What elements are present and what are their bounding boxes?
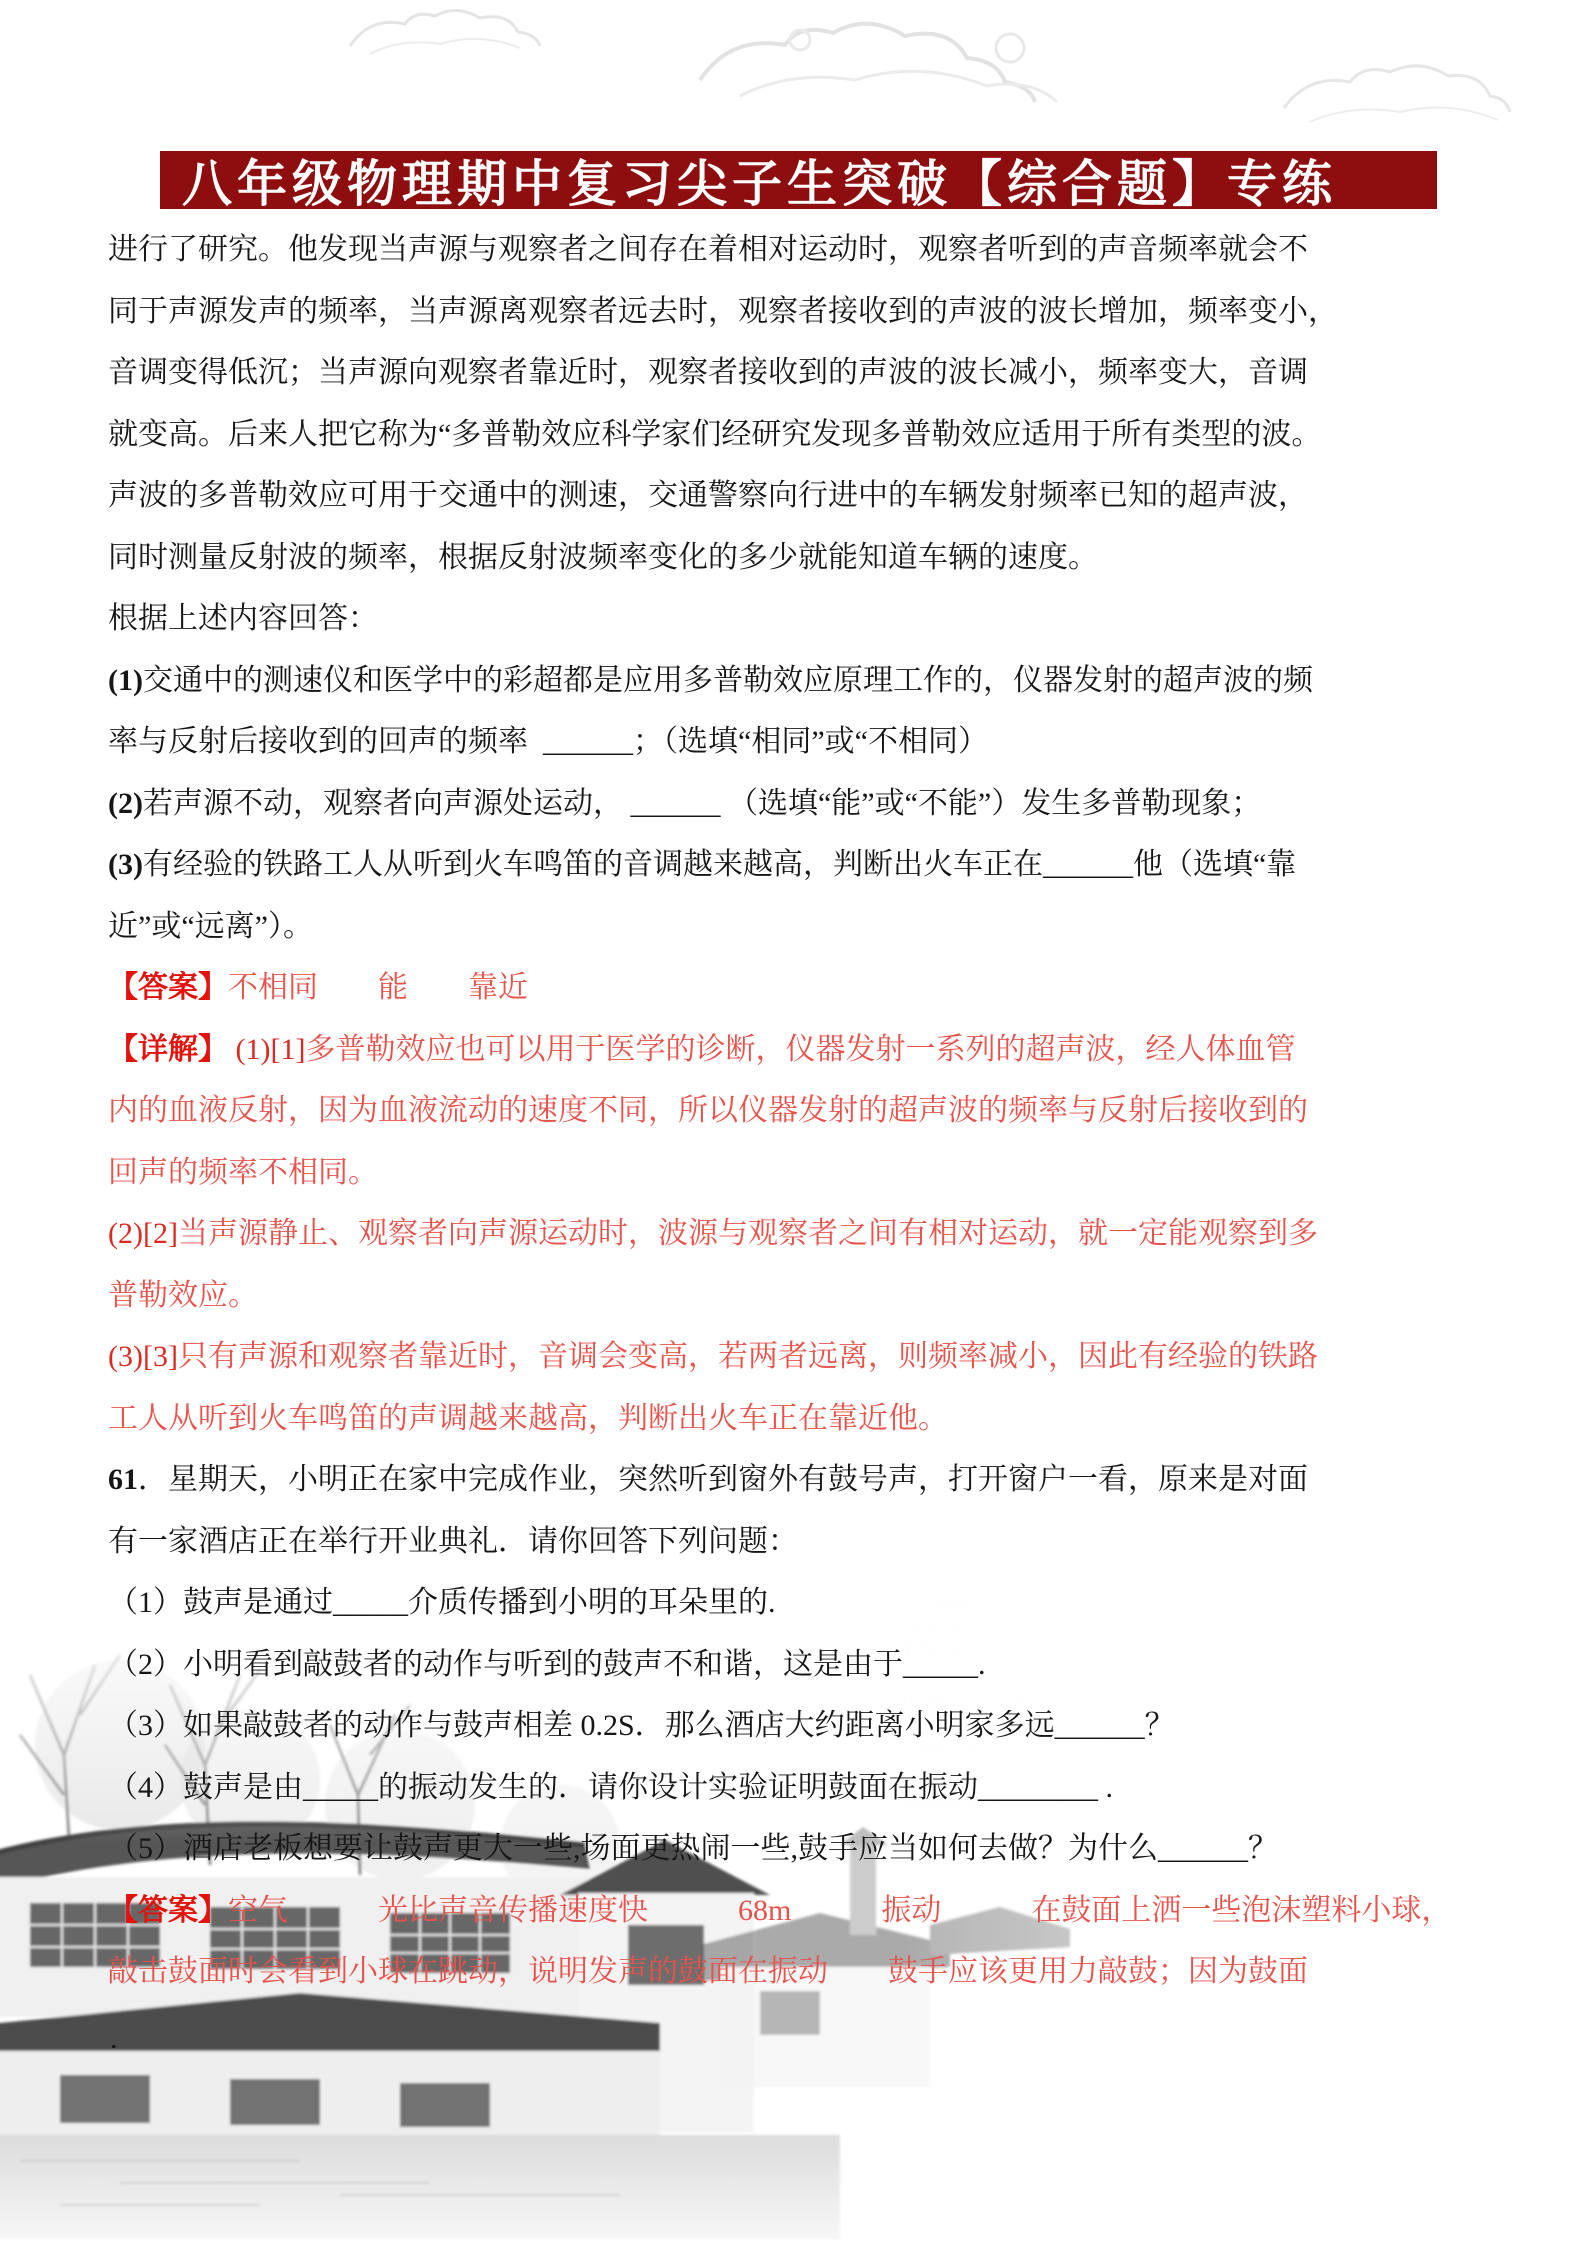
question-line: (1)交通中的测速仪和医学中的彩超都是应用多普勒效应原理工作的，仪器发射的超声波… [108, 650, 1498, 712]
intro-line: 同于声源发声的频率，当声源离观察者远去时，观察者接收到的声波的波长增加，频率变小… [108, 281, 1498, 343]
explanation-marker: (2)[2] [108, 1217, 178, 1250]
question61-subquestion: （3）如果敲鼓者的动作与鼓声相差 0.2S．那么酒店大约距离小明家多远_____… [108, 1695, 1498, 1757]
explanation-line: 工人从听到火车鸣笛的声调越来越高，判断出火车正在靠近他。 [108, 1388, 1498, 1450]
explanation-label: 【详解】 [108, 1033, 228, 1066]
question-marker: (2) [108, 787, 143, 820]
explanation-line: (2)[2]当声源静止、观察者向声源运动时，波源与观察者之间有相对运动，就一定能… [108, 1203, 1498, 1265]
prompt-line: 根据上述内容回答： [108, 588, 1498, 650]
explanation-text: 内的血液反射，因为血液流动的速度不同，所以仪器发射的超声波的频率与反射后接收到的 [108, 1094, 1308, 1127]
answer-line: 【答案】不相同 能 靠近 [108, 957, 1498, 1019]
question61-line: 有一家酒店正在举行开业典礼．请你回答下列问题： [108, 1511, 1498, 1573]
question-marker: (3) [108, 848, 143, 881]
intro-line: 声波的多普勒效应可用于交通中的测速，交通警察向行进中的车辆发射频率已知的超声波， [108, 465, 1498, 527]
explanation-line: 【详解】 (1)[1]多普勒效应也可以用于医学的诊断，仪器发射一系列的超声波，经… [108, 1019, 1498, 1081]
cloud-ornament-icon [340, 6, 550, 71]
answer-text: 敲击鼓面时会看到小球在跳动，说明发声的鼓面在振动 鼓手应该更用力敲鼓；因为鼓面 [108, 1955, 1308, 1988]
explanation-text: 当声源静止、观察者向声源运动时，波源与观察者之间有相对运动，就一定能观察到多 [178, 1217, 1318, 1250]
explanation-text: 回声的频率不相同。 [108, 1156, 378, 1189]
answer-text: 不相同 能 靠近 [228, 971, 528, 1004]
question-text: 有经验的铁路工人从听到火车鸣笛的音调越来越高，判断出火车正在______他（选填… [143, 848, 1296, 881]
page-title-banner: 八年级物理期中复习尖子生突破【综合题】专练 [160, 151, 1437, 209]
explanation-marker: (1)[1] [228, 1033, 305, 1066]
answer-line: 敲击鼓面时会看到小球在跳动，说明发声的鼓面在振动 鼓手应该更用力敲鼓；因为鼓面 [108, 1941, 1498, 2003]
page-title: 八年级物理期中复习尖子生突破【综合题】专练 [182, 144, 1337, 216]
question61-subquestion: （5）酒店老板想要让鼓声更大一些,场面更热闹一些,鼓手应当如何去做？为什么___… [108, 1818, 1498, 1880]
question-line: 近”或“远离”）。 [108, 896, 1498, 958]
question-text: 交通中的测速仪和医学中的彩超都是应用多普勒效应原理工作的，仪器发射的超声波的频 [143, 664, 1313, 697]
question-text: 若声源不动，观察者向声源处运动， ______ （选填“能”或“不能”）发生多普… [143, 787, 1261, 820]
explanation-marker: (3)[3] [108, 1340, 178, 1373]
question-text: 近”或“远离”）。 [108, 910, 313, 943]
question-text: 率与反射后接收到的回声的频率 ______；（选填“相同”或“不相同） [108, 725, 988, 758]
question-line: (3)有经验的铁路工人从听到火车鸣笛的音调越来越高，判断出火车正在______他… [108, 834, 1498, 896]
explanation-line: 回声的频率不相同。 [108, 1142, 1498, 1204]
question61-line: 61．星期天，小明正在家中完成作业，突然听到窗外有鼓号声，打开窗户一看，原来是对… [108, 1449, 1498, 1511]
document-body: 进行了研究。他发现当声源与观察者之间存在着相对运动时，观察者听到的声音频率就会不… [108, 219, 1498, 2003]
intro-line: 就变高。后来人把它称为“多普勒效应科学家们经研究发现多普勒效应适用于所有类型的波… [108, 404, 1498, 466]
explanation-line: 普勒效应。 [108, 1265, 1498, 1327]
question61-text: ．星期天，小明正在家中完成作业，突然听到窗外有鼓号声，打开窗户一看，原来是对面 [138, 1463, 1308, 1496]
question61-number: 61 [108, 1463, 138, 1496]
answer-text: 空气 光比声音传播速度快 68m 振动 在鼓面上洒一些泡沫塑料小球， [228, 1894, 1451, 1927]
explanation-text: 只有声源和观察者靠近时，音调会变高，若两者远离，则频率减小，因此有经验的铁路 [178, 1340, 1318, 1373]
cloud-ornament-icon [1270, 48, 1520, 143]
explanation-line: (3)[3]只有声源和观察者靠近时，音调会变高，若两者远离，则频率减小，因此有经… [108, 1326, 1498, 1388]
explanation-line: 内的血液反射，因为血液流动的速度不同，所以仪器发射的超声波的频率与反射后接收到的 [108, 1080, 1498, 1142]
question61-subquestion: （1）鼓声是通过_____介质传播到小明的耳朵里的. [108, 1572, 1498, 1634]
explanation-text: 多普勒效应也可以用于医学的诊断，仪器发射一系列的超声波，经人体血管 [305, 1033, 1295, 1066]
answer-label: 【答案】 [108, 971, 228, 1004]
question-line: 率与反射后接收到的回声的频率 ______；（选填“相同”或“不相同） [108, 711, 1498, 773]
answer-label: 【答案】 [108, 1894, 228, 1927]
explanation-text: 工人从听到火车鸣笛的声调越来越高，判断出火车正在靠近他。 [108, 1402, 948, 1435]
intro-line: 音调变得低沉；当声源向观察者靠近时，观察者接收到的声波的波长减小，频率变大，音调 [108, 342, 1498, 404]
explanation-text: 普勒效应。 [108, 1279, 258, 1312]
question61-subquestion: （2）小明看到敲鼓者的动作与听到的鼓声不和谐，这是由于_____. [108, 1634, 1498, 1696]
cloud-ornament-icon [680, 10, 1120, 125]
intro-line: 进行了研究。他发现当声源与观察者之间存在着相对运动时，观察者听到的声音频率就会不 [108, 219, 1498, 281]
question61-subquestion: （4）鼓声是由_____的振动发生的．请你设计实验证明鼓面在振动________… [108, 1757, 1498, 1819]
question-line: (2)若声源不动，观察者向声源处运动， ______ （选填“能”或“不能”）发… [108, 773, 1498, 835]
answer-line: 【答案】空气 光比声音传播速度快 68m 振动 在鼓面上洒一些泡沫塑料小球， [108, 1880, 1498, 1942]
stray-period: . [110, 2022, 118, 2056]
intro-line: 同时测量反射波的频率，根据反射波频率变化的多少就能知道车辆的速度。 [108, 527, 1498, 589]
question-marker: (1) [108, 664, 143, 697]
